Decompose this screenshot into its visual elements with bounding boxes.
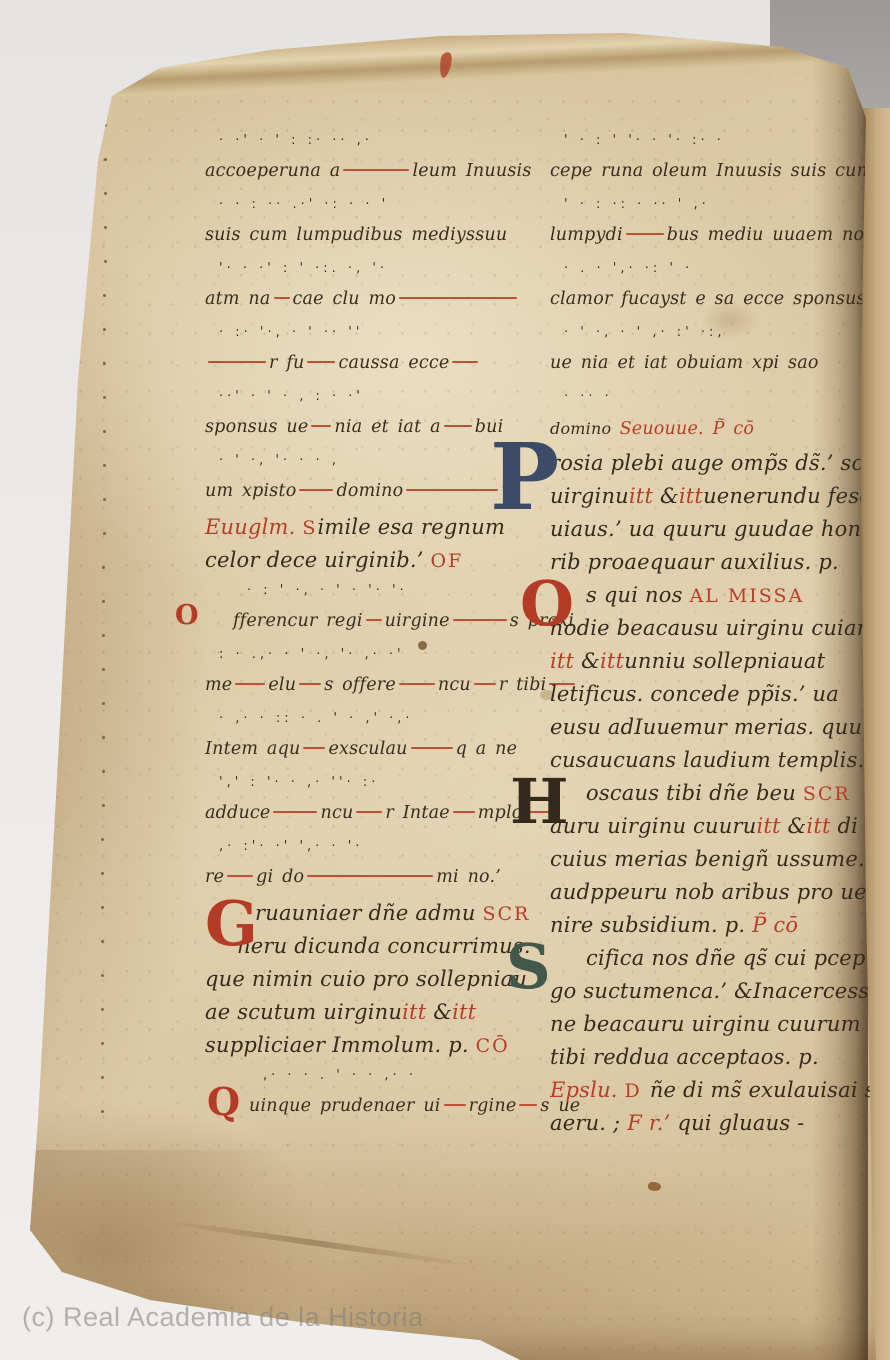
ink-text: cusaucuans laudium templis. p xyxy=(550,748,885,772)
line-text: suis cum lumpudibus mediyssuu xyxy=(205,222,537,252)
page-top-fold xyxy=(98,29,857,96)
line-text: Euuglm. Simile esa regnum xyxy=(205,512,537,543)
neume-row: · :· '·, · ' ·· '' xyxy=(205,320,537,350)
pricking-hole xyxy=(104,124,107,127)
decorated-initial: Q xyxy=(207,1085,240,1119)
pricking-hole xyxy=(101,1042,104,1045)
text-line: auru uirginu cuuruitt &itt di xyxy=(550,811,862,844)
pricking-hole xyxy=(102,702,105,705)
red-extender-rule xyxy=(356,811,382,814)
text-line: ae scutum uirginuitt &itt xyxy=(205,997,537,1030)
chant-line: ',' : '· · ,· ''· :·adducencur Intaemplo xyxy=(205,770,537,834)
line-text: lumpydibus mediu uuaem no cae xyxy=(550,222,862,252)
ink-text: me xyxy=(205,675,232,695)
red-extender-rule xyxy=(307,875,433,878)
rubric-text: Euuglm. xyxy=(205,515,302,539)
ink-text: elu xyxy=(268,675,296,695)
ink-text: letificus. concede pp̃is.’ ua xyxy=(550,682,839,706)
line-text: cuius merias benigñ ussume.’ xyxy=(550,844,862,874)
ink-text: qui gluaus - xyxy=(677,1111,804,1135)
rubric-text: Seuouue. xyxy=(620,419,704,439)
text-line: rib proaequaur auxilius. p. xyxy=(550,547,862,580)
chant-line: '· · ·' : ' ·:. ·, '·atm nacae clu mo xyxy=(205,256,537,320)
text-line: itt &ittunniu sollepniauat xyxy=(550,646,862,679)
pricking-hole xyxy=(104,226,107,229)
red-extender-rule xyxy=(299,489,333,492)
red-extender-rule xyxy=(452,361,478,364)
line-text: celor dece uirginib.’ OF xyxy=(205,545,537,576)
ink-text: celor dece uirginib.’ xyxy=(205,548,431,572)
ink-text: caussa ecce xyxy=(338,353,449,373)
ink-text: sponsus ue xyxy=(205,417,308,437)
ink-text: ruauniaer dñe admu xyxy=(255,901,482,925)
ink-text: & xyxy=(653,484,679,508)
rubric-text: AL MISSA xyxy=(689,585,804,607)
line-text: neru dicunda concurrimus. xyxy=(237,931,537,961)
ink-text: atm na xyxy=(205,289,271,309)
text-line: tibi reddua acceptaos. p. xyxy=(550,1042,862,1075)
chant-line: · ·· ·domino Seuouue. P̃ cō xyxy=(550,384,862,448)
pricking-hole xyxy=(104,158,107,161)
chant-line: · :· '·, · ' ·· ''r fucaussa ecce xyxy=(205,320,537,384)
text-line: Os qui nos AL MISSA xyxy=(550,580,862,613)
line-text: audppeuru nob aribus pro ue xyxy=(550,877,862,907)
ink-text: que nimin cuio pro sollepniau xyxy=(205,967,527,991)
line-text: meelus offerencur tibi xyxy=(205,672,537,702)
text-line: que nimin cuio pro sollepniau xyxy=(205,964,537,997)
ink-text: neru dicunda concurrimus. xyxy=(237,934,531,958)
pricking-hole xyxy=(101,974,104,977)
decorated-initial: O xyxy=(520,576,574,632)
ink-text: accoeperuna a xyxy=(205,161,340,181)
ink-text: r tibi xyxy=(499,675,547,695)
rubric-text: itt xyxy=(600,649,624,673)
ink-text: cepe runa oleum Inuusis suis cum xyxy=(550,161,873,181)
neume-row: · ' ·, '· · · , xyxy=(205,448,537,478)
chant-line: · ·' · ' : :· ·· ,·accoeperuna aleum Inu… xyxy=(205,128,537,192)
text-line: cusaucuans laudium templis. p xyxy=(550,745,862,778)
text-line: go suctumenca.’ &Inacercessio xyxy=(550,976,862,1009)
line-text: go suctumenca.’ &Inacercessio xyxy=(550,976,862,1006)
line-text: letificus. concede pp̃is.’ ua xyxy=(550,679,862,709)
rubric-text: itt xyxy=(679,484,703,508)
text-line: Prosia plebi auge omp̃s ds̃.’ scuru xyxy=(550,448,862,481)
line-text: ne beacauru uirginu cuurum xyxy=(550,1009,862,1039)
line-text: nire subsidium. p. P̃ cō xyxy=(550,910,862,940)
ink-text: mi no.’ xyxy=(436,867,501,887)
line-text: ae scutum uirginuitt &itt xyxy=(205,997,537,1027)
neume-row: · ' ·, · ' ,· :' ·:, xyxy=(550,320,862,350)
ink-text: hodie beacausu uirginu cuiaru xyxy=(550,616,881,640)
ink-text: bus mediu uuaem no cae xyxy=(667,225,890,245)
ink-text: aeru. ; xyxy=(550,1111,627,1135)
ink-text: adduce xyxy=(205,803,270,823)
chant-line: · ' ·, '· · · ,um xpistodomino’ xyxy=(205,448,537,512)
neume-row: ··' · ' · , : · ·' xyxy=(205,384,537,414)
red-extender-rule xyxy=(307,361,335,364)
watermark: (c) Real Academia de la Historia xyxy=(22,1302,424,1333)
neume-row: ',' : '· · ,· ''· :· xyxy=(205,770,537,800)
ink-text: Intem aqu xyxy=(205,739,300,759)
ink-text: rib proaequaur auxilius. p. xyxy=(550,550,839,574)
pricking-hole xyxy=(101,1076,104,1079)
ink-text: audppeuru nob aribus pro ue xyxy=(550,880,867,904)
line-text: uiaus.’ ua quuru guudae hono xyxy=(550,514,862,544)
rubric-text: SCR xyxy=(482,903,530,925)
ink-text: di xyxy=(831,814,858,838)
ink-text: go suctumenca.’ &Inacercessio xyxy=(550,979,889,1003)
text-line: nire subsidium. p. P̃ cō xyxy=(550,910,862,943)
text-line: cuius merias benigñ ussume.’ xyxy=(550,844,862,877)
pricking-hole xyxy=(103,430,106,433)
neume-row: ,· · · . ' · · ,· · xyxy=(249,1063,537,1093)
decorated-initial: G xyxy=(205,896,258,952)
ink-text: r Intae xyxy=(385,803,449,823)
rubric-text: P̃ cō xyxy=(704,419,754,439)
pricking-hole xyxy=(104,192,107,195)
red-extender-rule xyxy=(406,489,498,492)
chant-line: : · .,· · ' ·, '· ,· ·'meelus offerencur… xyxy=(205,642,537,706)
chant-line: · . · ',· ·: ' ·clamor fucayst e sa ecce… xyxy=(550,256,862,320)
text-line: letificus. concede pp̃is.’ ua xyxy=(550,679,862,712)
red-extender-rule xyxy=(303,747,325,750)
rubric-text: itt xyxy=(402,1000,426,1024)
line-text: um xpistodomino’ xyxy=(205,478,537,508)
ink-text: domino xyxy=(336,481,403,501)
pricking-hole xyxy=(103,498,106,501)
chant-line: ' · : ' '· · '· :· ·cepe runa oleum Inuu… xyxy=(550,128,862,192)
small-text: domino xyxy=(550,419,620,438)
ink-text: tibi reddua acceptaos. p. xyxy=(550,1045,819,1069)
line-text: oscaus tibi dñe beu SCR xyxy=(586,778,862,809)
pricking-hole xyxy=(102,804,105,807)
red-extender-rule xyxy=(474,683,496,686)
rubric-text: D xyxy=(625,1080,650,1102)
rubric-text: Epslu. xyxy=(550,1078,625,1102)
chant-line: · · : ·· .·' ·: · · 'suis cum lumpudibus… xyxy=(205,192,537,256)
red-extender-rule xyxy=(299,683,321,686)
ink-text: leum Inuusis xyxy=(412,161,531,181)
red-extender-rule xyxy=(453,811,475,814)
line-text: que nimin cuio pro sollepniau xyxy=(205,964,537,994)
chant-line: Q,· · · . ' · · ,· ·uinque prudenaer uir… xyxy=(205,1063,537,1127)
line-text: clamor fucayst e sa ecce sponsus xyxy=(550,286,862,316)
decorated-initial: O xyxy=(175,604,199,628)
ink-text: unniu sollepniauat xyxy=(624,649,825,673)
ink-text: rgine xyxy=(469,1096,517,1116)
neume-row: '· · ·' : ' ·:. ·, '· xyxy=(205,256,537,286)
neume-row: : · .,· · ' ·, '· ,· ·' xyxy=(205,642,537,672)
neume-row: ' · : ' '· · '· :· · xyxy=(550,128,862,158)
line-text: s qui nos AL MISSA xyxy=(586,580,862,611)
text-line: hodie beacausu uirginu cuiaru xyxy=(550,613,862,646)
ink-text: fferencur regi xyxy=(233,611,363,631)
ink-text: ne beacauru uirginu cuurum xyxy=(550,1012,861,1036)
rubric-text: itt xyxy=(550,649,574,673)
text-line: uirginuitt &ittuenerundu fescai xyxy=(550,481,862,514)
ink-text: & xyxy=(426,1000,452,1024)
text-line: Epslu. D ñe di ms̃ exulauisai sup xyxy=(550,1075,862,1108)
pricking-hole xyxy=(102,736,105,739)
ink-text: ncu xyxy=(320,803,353,823)
ink-text: nia et iat a xyxy=(334,417,440,437)
red-extender-rule xyxy=(274,297,290,300)
line-text: rosia plebi auge omp̃s ds̃.’ scuru xyxy=(550,448,862,478)
rubric-text: F r.’ xyxy=(627,1111,677,1135)
chant-line: O· : ' ·, · ' · '· '·fferencur regiuirgi… xyxy=(205,578,537,642)
ink-text: re xyxy=(205,867,224,887)
rubric-text: itt xyxy=(756,814,780,838)
line-text: tibi reddua acceptaos. p. xyxy=(550,1042,862,1072)
line-text: rib proaequaur auxilius. p. xyxy=(550,547,862,577)
rubric-text: itt xyxy=(806,814,830,838)
manuscript-page: · ·' · ' : :· ·· ,·accoeperuna aleum Inu… xyxy=(0,0,890,1360)
text-line: Euuglm. Simile esa regnum xyxy=(205,512,537,545)
line-text: itt &ittunniu sollepniauat xyxy=(550,646,862,676)
pricking-hole xyxy=(104,260,107,263)
ink-text: cifica nos dñe qs̃ cui pcep xyxy=(586,946,865,970)
line-text: fferencur regiuirgines proxi xyxy=(233,608,537,638)
red-extender-rule xyxy=(399,683,435,686)
rubric-text: itt xyxy=(452,1000,476,1024)
line-text: r fucaussa ecce xyxy=(205,350,537,380)
ink-text: lumpydi xyxy=(550,225,623,245)
line-text: adducencur Intaemplo xyxy=(205,800,537,830)
ink-text: uinque prudenaer ui xyxy=(249,1096,441,1116)
ink-text: ncu xyxy=(438,675,471,695)
red-extender-rule xyxy=(208,361,266,364)
line-text: Epslu. D ñe di ms̃ exulauisai sup xyxy=(550,1075,862,1106)
ink-text: auru uirginu cuuru xyxy=(550,814,756,838)
text-line: Hoscaus tibi dñe beu SCR xyxy=(550,778,862,811)
rubric-text: SCR xyxy=(803,783,851,805)
red-extender-rule xyxy=(444,1104,466,1107)
ink-text: suppliciaer Immolum. p. xyxy=(205,1033,476,1057)
ink-text: & xyxy=(781,814,807,838)
ink-text: suis cum lumpudibus mediyssuu xyxy=(205,225,507,245)
pricking-hole xyxy=(101,1110,104,1113)
pricking-hole xyxy=(103,464,106,467)
pricking-hole xyxy=(103,532,106,535)
neume-row: ' · : ·: · ·· ' ,· xyxy=(550,192,862,222)
ink-text: exsculau xyxy=(328,739,407,759)
ink-text: gi xyxy=(256,867,273,887)
ink-text: ue nia et iat obuiam xpi sao xyxy=(550,353,819,373)
red-extender-rule xyxy=(444,425,472,428)
rubric-text: P̃ cō xyxy=(752,913,798,937)
text-line: Gruauniaer dñe admu SCR xyxy=(205,898,537,931)
ink-text: oscaus tibi dñe beu xyxy=(586,781,803,805)
line-text: accoeperuna aleum Inuusis xyxy=(205,158,537,188)
red-extender-rule xyxy=(343,169,409,172)
line-text: uirginuitt &ittuenerundu fescai xyxy=(550,481,862,511)
ink-text: imile esa regnum xyxy=(317,515,505,539)
ink-text: eusu adIuuemur merias. quuru xyxy=(550,715,886,739)
neume-row: ,· :'· ·' ',· · '· xyxy=(205,834,537,864)
chant-line: · ' ·, · ' ,· :' ·:,ue nia et iat obuiam… xyxy=(550,320,862,384)
line-text: ruauniaer dñe admu SCR xyxy=(255,898,537,929)
line-text: uinque prudenaer uirgines ue xyxy=(249,1093,537,1123)
line-text: eusu adIuuemur merias. quuru xyxy=(550,712,862,742)
line-text: aeru. ; F r.’ qui gluaus - xyxy=(550,1108,862,1138)
line-text: auru uirginu cuuruitt &itt di xyxy=(550,811,862,841)
pricking-hole xyxy=(102,770,105,773)
red-extender-rule xyxy=(626,233,664,236)
rubric-text: itt xyxy=(629,484,653,508)
red-extender-rule xyxy=(519,1104,537,1107)
decorated-initial: H xyxy=(510,774,569,830)
ink-text: uirgine xyxy=(385,611,450,631)
neume-row: · ·· · xyxy=(550,384,862,414)
ink-text: uiaus.’ ua quuru guudae hono xyxy=(550,517,874,541)
text-line: suppliciaer Immolum. p. CŌ xyxy=(205,1030,537,1063)
text-line: aeru. ; F r.’ qui gluaus - xyxy=(550,1108,862,1141)
red-extender-rule xyxy=(453,619,507,622)
line-text: ue nia et iat obuiam xpi sao xyxy=(550,350,862,380)
ink-text: uirginu xyxy=(550,484,629,508)
ink-text: cae clu mo xyxy=(293,289,397,309)
neume-row: · ,· · :: · . ' · ,' ·,· xyxy=(205,706,537,736)
ink-text: cuius merias benigñ ussume.’ xyxy=(550,847,872,871)
ink-text: s offere xyxy=(324,675,396,695)
rubric-text: CŌ xyxy=(476,1035,510,1057)
red-extender-rule xyxy=(366,619,382,622)
decorated-initial: S xyxy=(506,939,551,995)
ink-text: q a ne xyxy=(456,739,518,759)
text-line: audppeuru nob aribus pro ue xyxy=(550,877,862,910)
red-extender-rule xyxy=(311,425,331,428)
ink-text: do xyxy=(273,867,304,887)
ink-text: s qui nos xyxy=(586,583,689,607)
pricking-hole xyxy=(101,1008,104,1011)
right-text-column: ' · : ' '· · '· :· ·cepe runa oleum Inuu… xyxy=(550,128,862,1141)
ink-text: rosia plebi auge omp̃s ds̃.’ scuru xyxy=(550,451,890,475)
line-text: suppliciaer Immolum. p. CŌ xyxy=(205,1030,537,1061)
text-line: celor dece uirginib.’ OF xyxy=(205,545,537,578)
chant-line: · ,· · :: · . ' · ,' ·,·Intem aquexscula… xyxy=(205,706,537,770)
text-line: uiaus.’ ua quuru guudae hono xyxy=(550,514,862,547)
decorated-initial: P xyxy=(490,436,559,519)
text-line: ne beacauru uirginu cuurum xyxy=(550,1009,862,1042)
line-text: domino Seuouue. P̃ cō xyxy=(550,414,862,444)
ink-text: nire subsidium. p. xyxy=(550,913,752,937)
line-text: hodie beacausu uirginu cuiaru xyxy=(550,613,862,643)
red-extender-rule xyxy=(399,297,517,300)
ink-text: ae scutum uirginu xyxy=(205,1000,402,1024)
rubric-text: S xyxy=(302,517,317,539)
red-extender-rule xyxy=(235,683,265,686)
line-text: cepe runa oleum Inuusis suis cum xyxy=(550,158,862,188)
neume-row: · · : ·· .·' ·: · · ' xyxy=(205,192,537,222)
chant-line: ' · : ·: · ·· ' ,·lumpydibus mediu uuaem… xyxy=(550,192,862,256)
red-extender-rule xyxy=(273,811,317,814)
ink-text: ñe di ms̃ exulauisai sup xyxy=(650,1078,890,1102)
ink-text: clamor fucayst e sa ecce sponsus xyxy=(550,289,866,309)
neume-row: · . · ',· ·: ' · xyxy=(550,256,862,286)
line-text: cusaucuans laudium templis. p xyxy=(550,745,862,775)
rubric-text: OF xyxy=(431,550,464,572)
text-line: eusu adIuuemur merias. quuru xyxy=(550,712,862,745)
line-text: cifica nos dñe qs̃ cui pcep xyxy=(586,943,862,973)
line-text: sponsus uenia et iat abui xyxy=(205,414,537,444)
chant-line: ··' · ' · , : · ·'sponsus uenia et iat a… xyxy=(205,384,537,448)
manuscript-photo: · ·' · ' : :· ·· ,·accoeperuna aleum Inu… xyxy=(0,0,890,1360)
ink-text: r fu xyxy=(269,353,304,373)
red-extender-rule xyxy=(227,875,253,878)
neume-row: · : ' ·, · ' · '· '· xyxy=(233,578,537,608)
red-extender-rule xyxy=(411,747,453,750)
line-text: atm nacae clu mo xyxy=(205,286,537,316)
line-text: Intem aquexsculauq a ne xyxy=(205,736,537,766)
ink-text: um xpisto xyxy=(205,481,296,501)
text-line: Scifica nos dñe qs̃ cui pcep xyxy=(550,943,862,976)
ink-text: & xyxy=(574,649,600,673)
left-text-column: · ·' · ' : :· ·· ,·accoeperuna aleum Inu… xyxy=(205,128,537,1127)
neume-row: · ·' · ' : :· ·· ,· xyxy=(205,128,537,158)
quire-mark xyxy=(648,1182,661,1191)
